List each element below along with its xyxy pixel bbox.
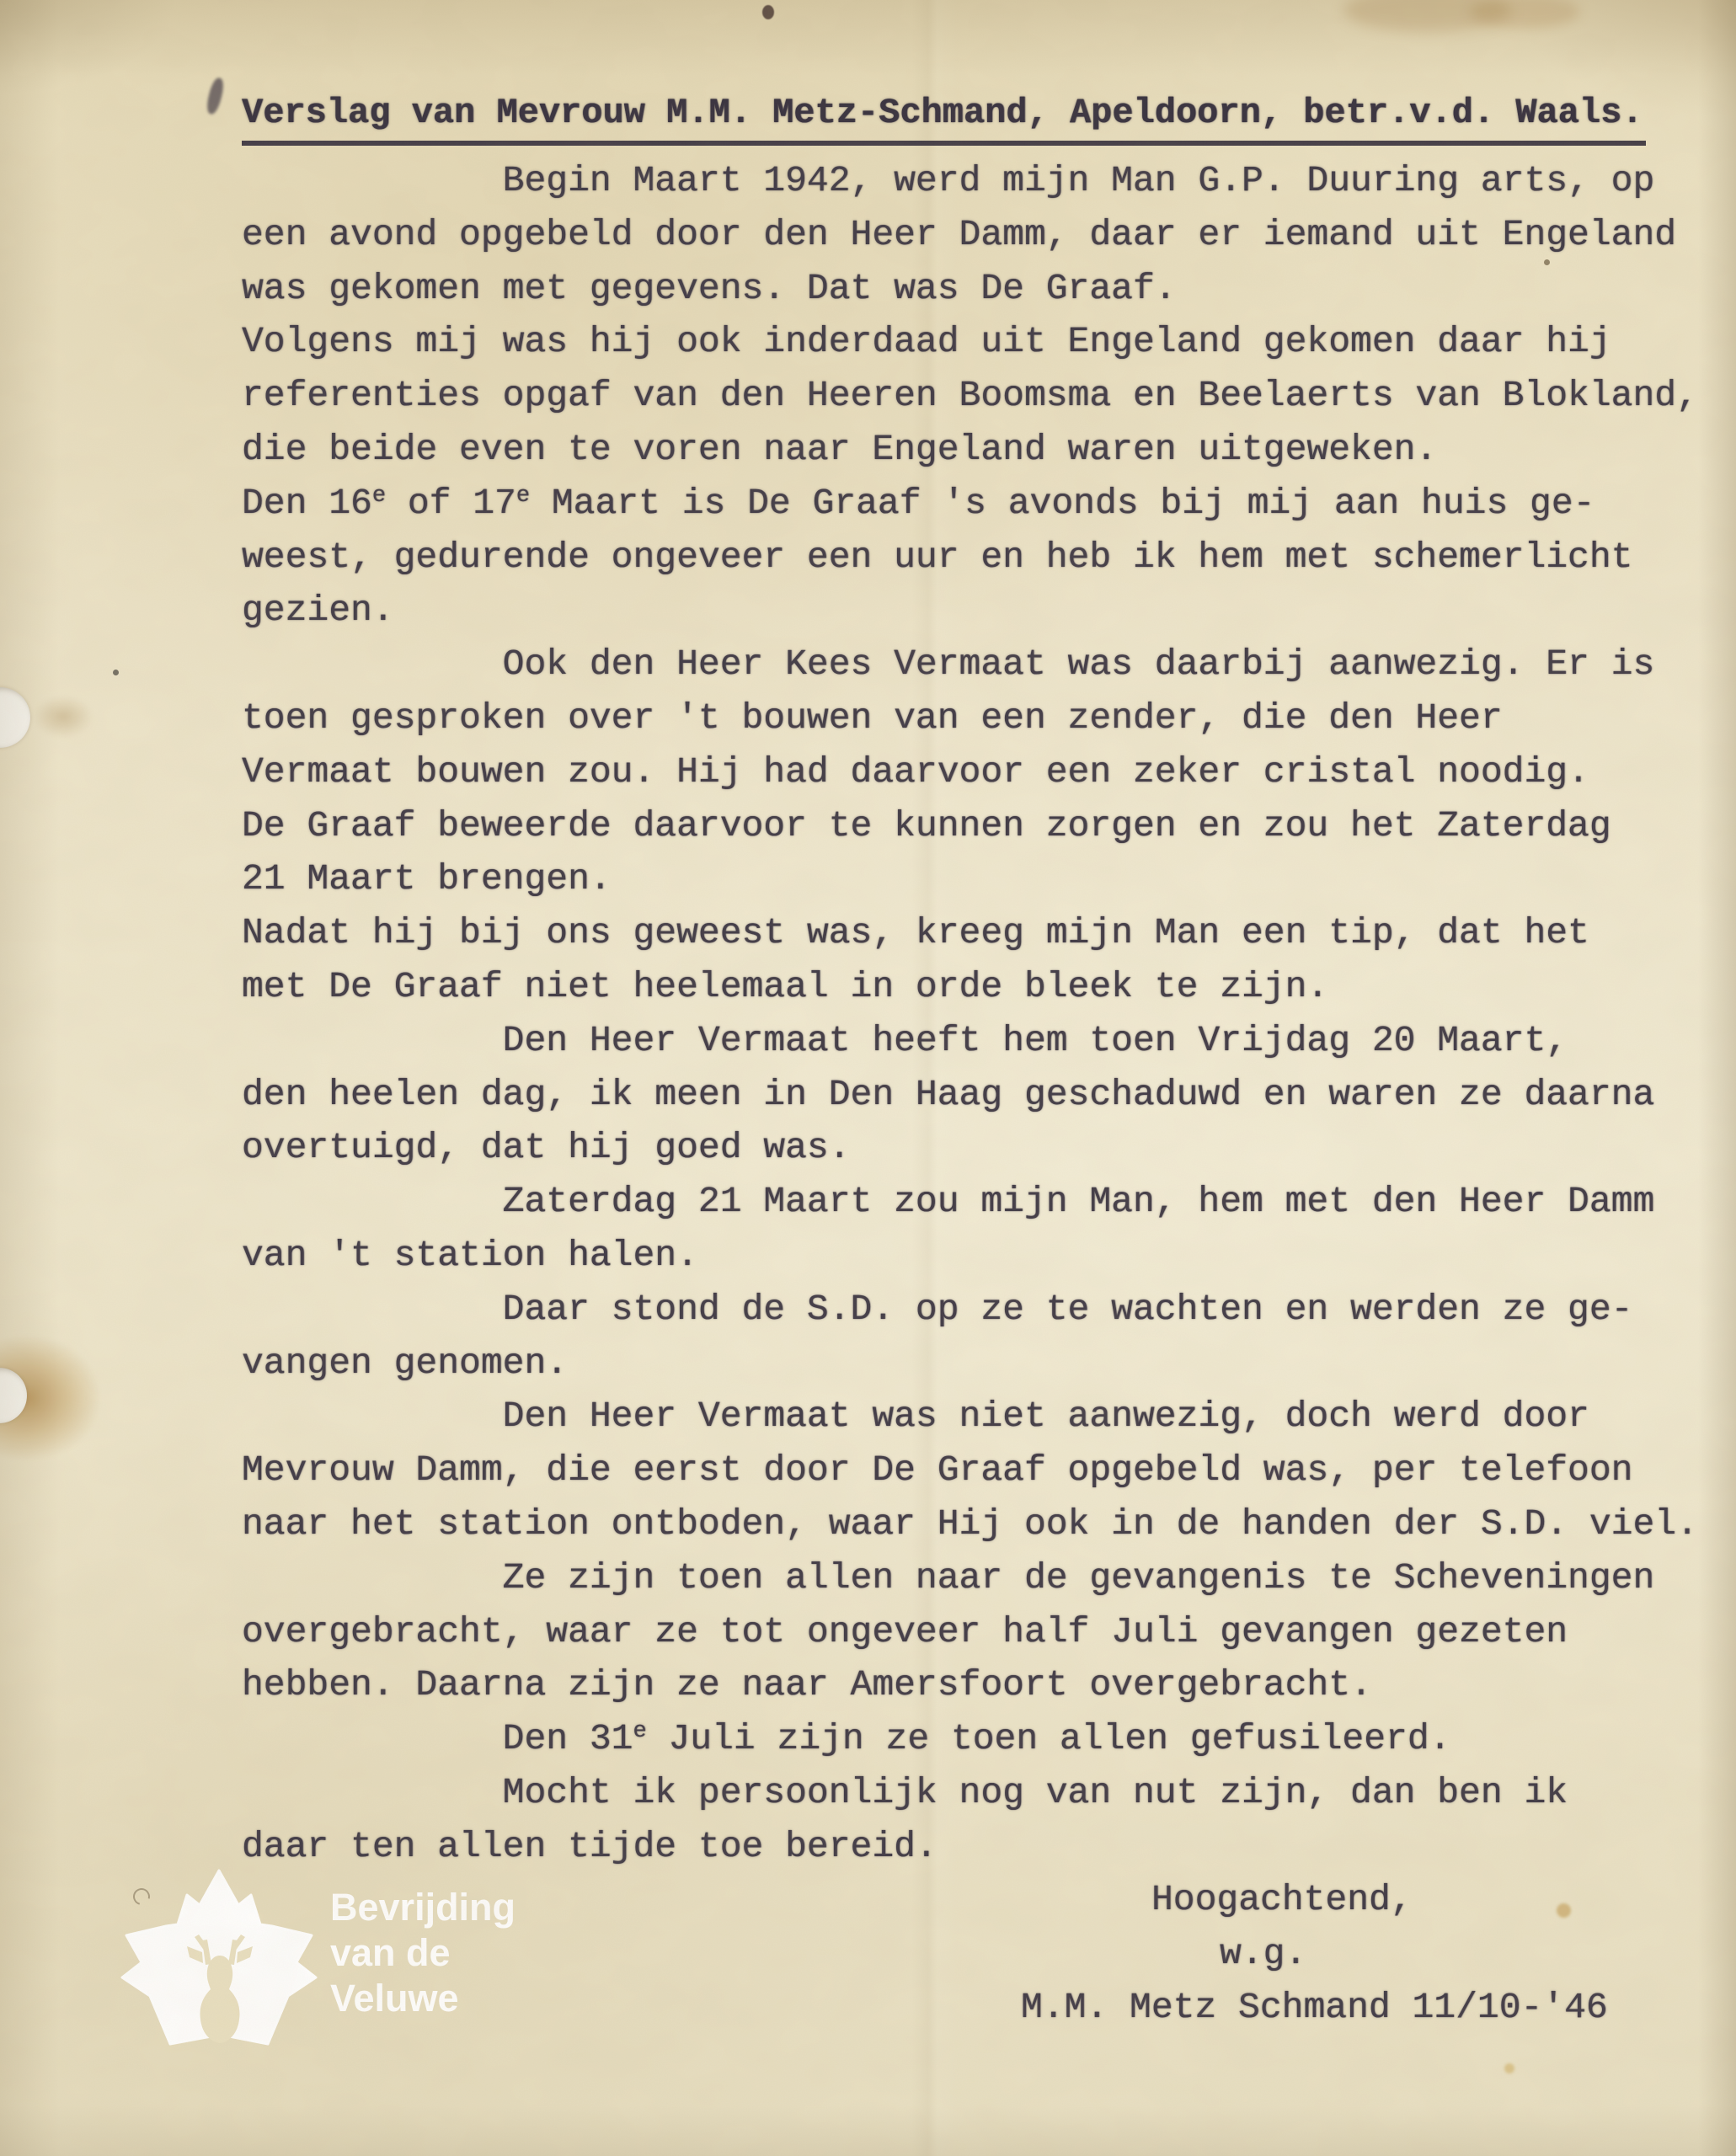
- typewritten-line: Mocht ik persoonlijk nog van nut zijn, d…: [242, 1766, 1698, 1820]
- typewritten-line: 21 Maart brengen.: [242, 852, 1698, 906]
- typewritten-line: was gekomen met gegevens. Dat was De Gra…: [242, 262, 1698, 316]
- typewritten-line: Den 16e of 17e Maart is De Graaf 's avon…: [242, 477, 1698, 531]
- typewritten-line: een avond opgebeld door den Heer Damm, d…: [242, 208, 1698, 262]
- typewritten-line: Mevrouw Damm, die eerst door De Graaf op…: [242, 1444, 1698, 1497]
- superscript-e: e: [633, 1719, 646, 1744]
- typewritten-line: daar ten allen tijde toe bereid.: [242, 1820, 1698, 1874]
- superscript-e: e: [372, 483, 386, 509]
- paper-stain: [34, 696, 93, 738]
- typewritten-line: overtuigd, dat hij goed was.: [242, 1121, 1698, 1175]
- typewritten-line: van 't station halen.: [242, 1229, 1698, 1283]
- typewritten-body: Begin Maart 1942, werd mijn Man G.P. Duu…: [242, 154, 1698, 1874]
- typewritten-line: Zaterdag 21 Maart zou mijn Man, hem met …: [242, 1175, 1698, 1229]
- typewritten-line: weest, gedurende ongeveer een uur en heb…: [242, 531, 1698, 584]
- typewritten-line: toen gesproken over 't bouwen van een ze…: [242, 691, 1698, 745]
- typewritten-line: overgebracht, waar ze tot ongeveer half …: [242, 1605, 1698, 1659]
- typewritten-line: Den Heer Vermaat heeft hem toen Vrijdag …: [242, 1014, 1698, 1068]
- closing-signature: M.M. Metz Schmand 11/10-'46: [1021, 1981, 1608, 2035]
- typewritten-line: De Graaf beweerde daarvoor te kunnen zor…: [242, 799, 1698, 853]
- typewritten-line: Ook den Heer Kees Vermaat was daarbij aa…: [242, 638, 1698, 691]
- closing-signed-abbrev: w.g.: [1220, 1927, 1306, 1981]
- page-title: Verslag van Mevrouw M.M. Metz-Schmand, A…: [242, 88, 1646, 146]
- watermark-line: Veluwe: [330, 1976, 515, 2021]
- watermark-line: van de: [330, 1930, 515, 1976]
- watermark-caption: Bevrijding van de Veluwe: [330, 1885, 515, 2021]
- typewritten-line: Den 31e Juli zijn ze toen allen gefusile…: [242, 1712, 1698, 1766]
- watermark-line: Bevrijding: [330, 1885, 515, 1930]
- typewritten-line: Den Heer Vermaat was niet aanwezig, doch…: [242, 1390, 1698, 1444]
- punch-hole-top: [0, 687, 30, 748]
- typewritten-line: vangen genomen.: [242, 1337, 1698, 1390]
- typewritten-line: hebben. Daarna zijn ze naar Amersfoort o…: [242, 1658, 1698, 1712]
- typewritten-line: referenties opgaf van den Heeren Boomsma…: [242, 369, 1698, 423]
- typewritten-line: Ze zijn toen allen naar de gevangenis te…: [242, 1551, 1698, 1605]
- typewritten-line: met De Graaf niet heelemaal in orde blee…: [242, 960, 1698, 1014]
- ink-smudge: [205, 77, 226, 115]
- typewritten-line: den heelen dag, ik meen in Den Haag gesc…: [242, 1068, 1698, 1122]
- paper-stain: [1504, 2063, 1514, 2073]
- maple-leaf-stag-icon: [101, 1853, 337, 2063]
- typewritten-line: naar het station ontboden, waar Hij ook …: [242, 1497, 1698, 1551]
- scanned-document-page: Verslag van Mevrouw M.M. Metz-Schmand, A…: [0, 0, 1736, 2156]
- typewritten-line: Daar stond de S.D. op ze te wachten en w…: [242, 1283, 1698, 1337]
- typewritten-line: die beide even te voren naar Engeland wa…: [242, 423, 1698, 477]
- paper-smudge: [1470, 0, 1579, 29]
- typewritten-line: Begin Maart 1942, werd mijn Man G.P. Duu…: [242, 154, 1698, 208]
- ink-dot: [762, 5, 774, 19]
- typewritten-line: Nadat hij bij ons geweest was, kreeg mij…: [242, 906, 1698, 960]
- superscript-e: e: [516, 483, 530, 509]
- typewritten-line: Vermaat bouwen zou. Hij had daarvoor een…: [242, 745, 1698, 799]
- closing-salutation: Hoogachtend,: [1151, 1873, 1413, 1927]
- typewritten-line: gezien.: [242, 584, 1698, 638]
- paper-speck: [113, 670, 119, 675]
- typewritten-line: Volgens mij was hij ook inderdaad uit En…: [242, 315, 1698, 369]
- paper-smudge: [1343, 0, 1512, 32]
- paper-stain: [1557, 1903, 1571, 1918]
